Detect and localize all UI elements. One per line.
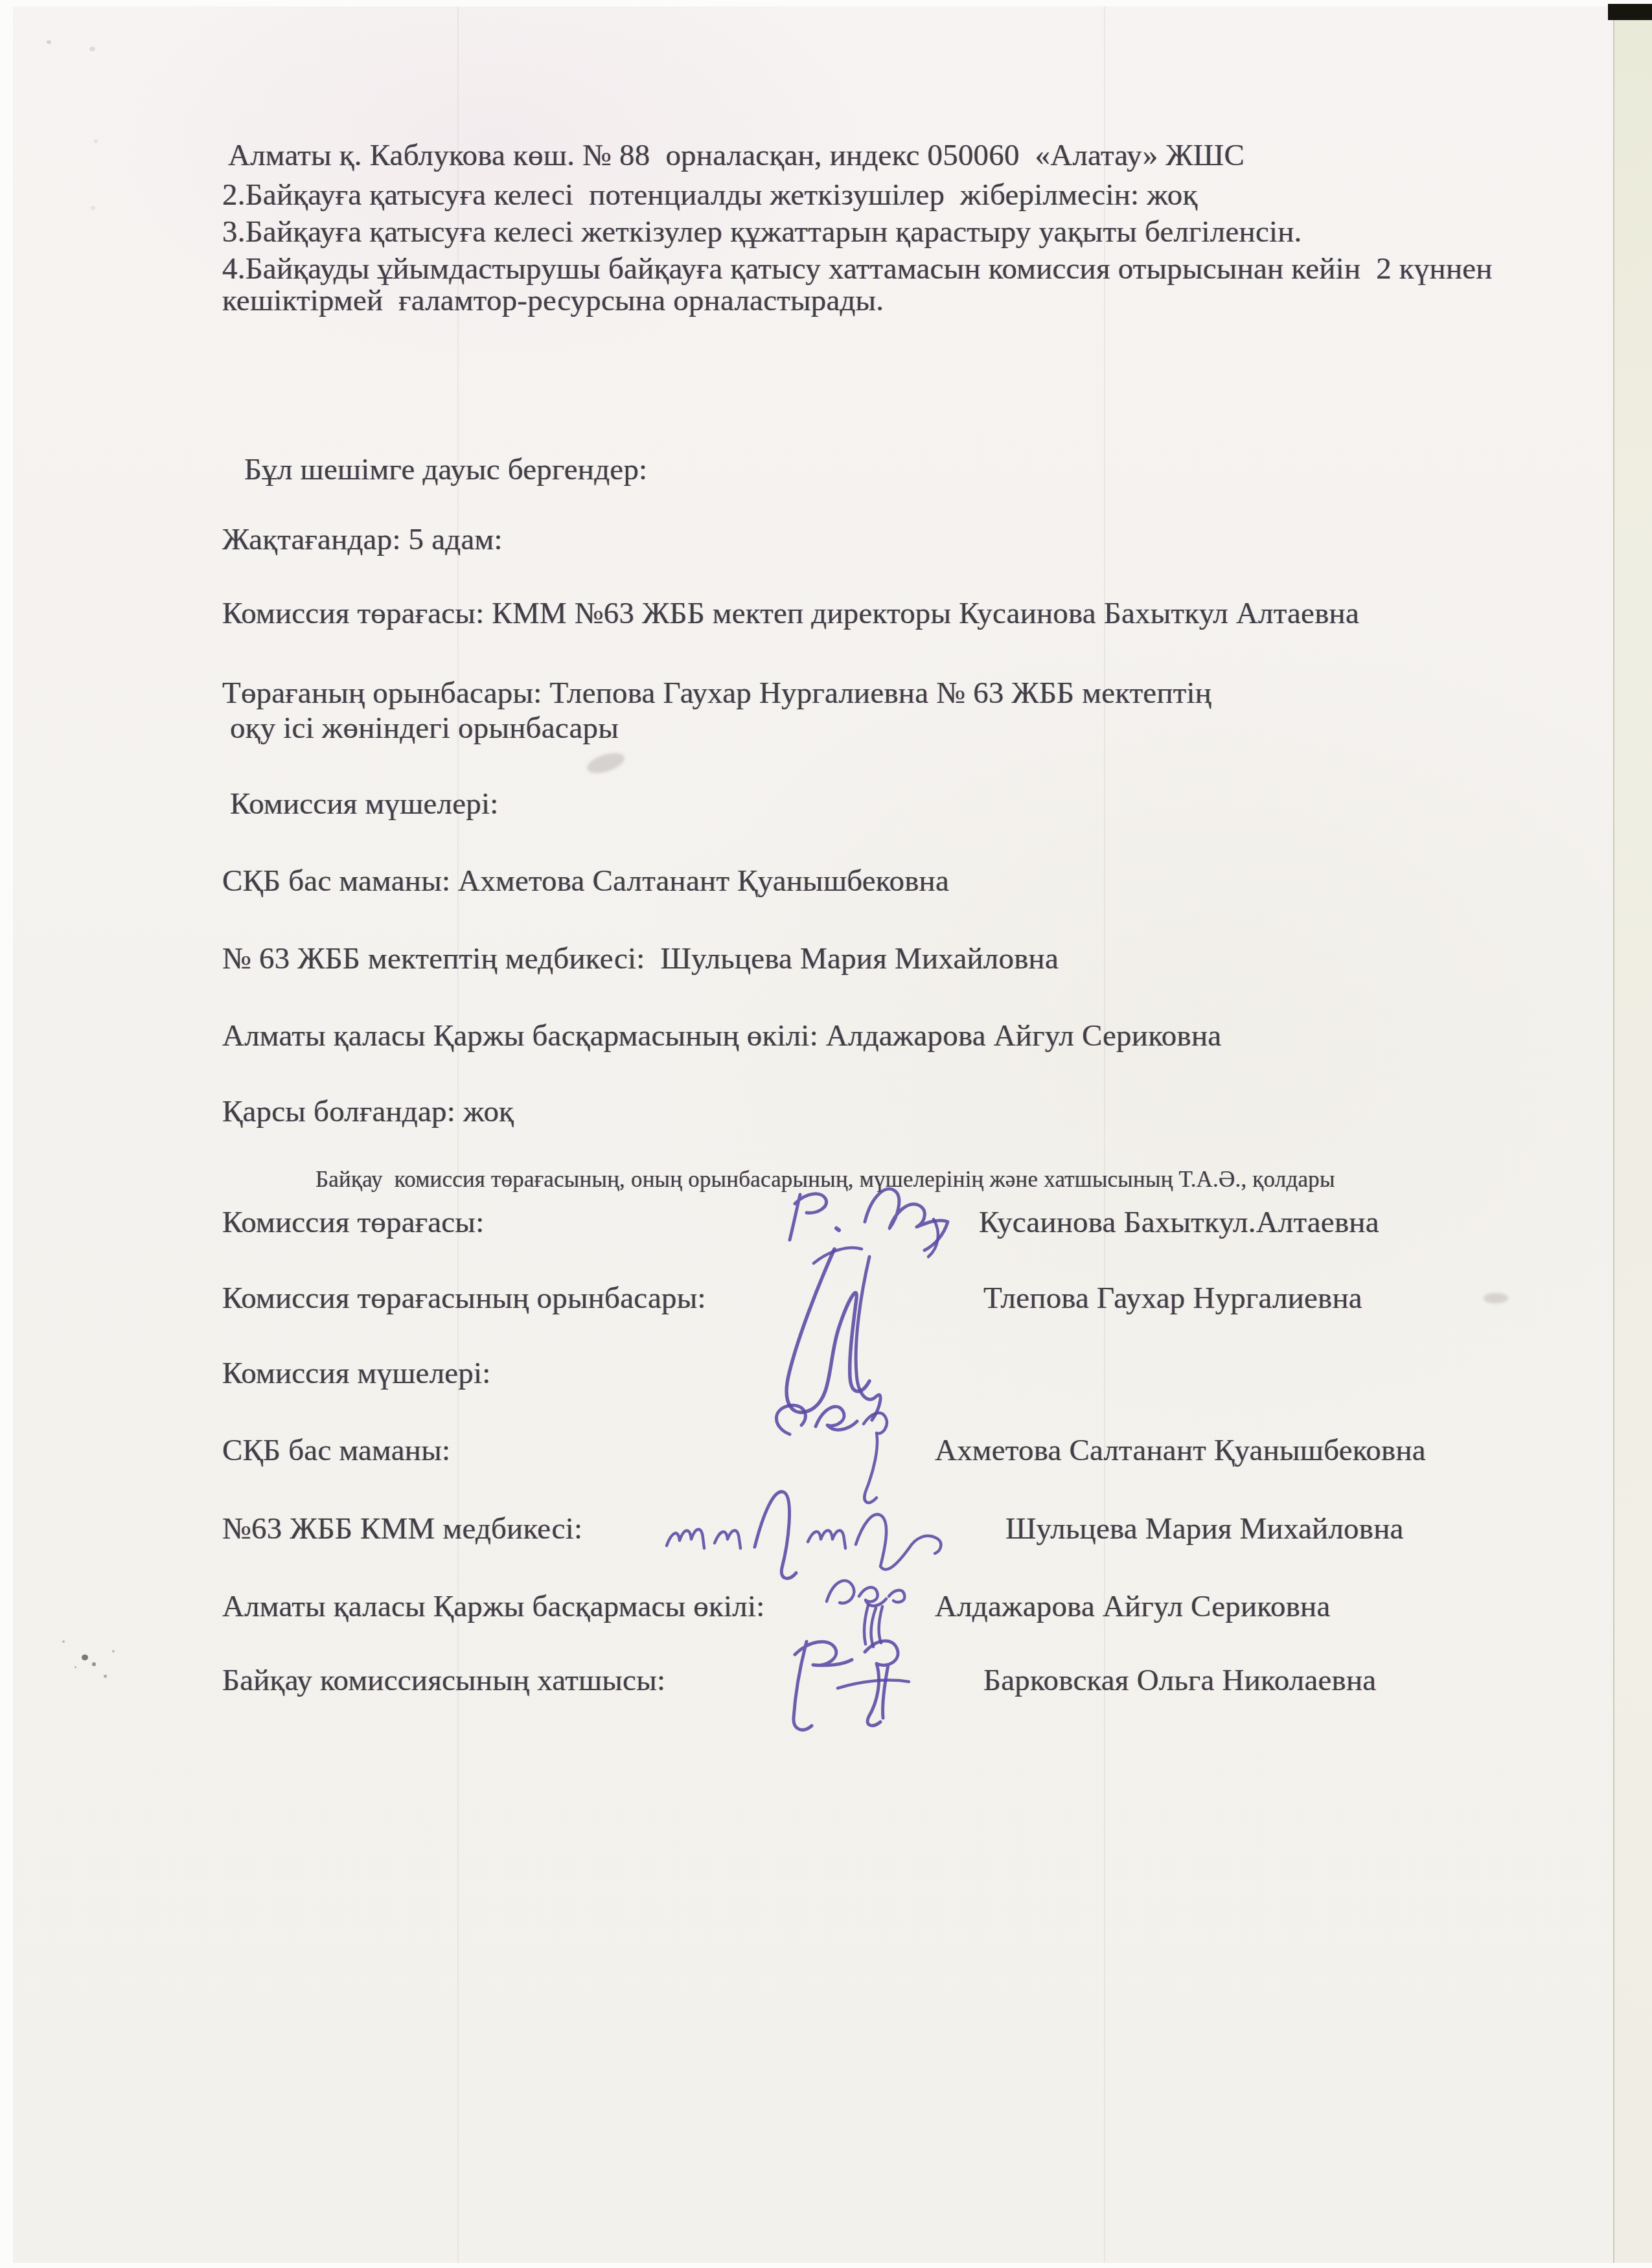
paper-mark [94,139,98,143]
member-line-3: Алматы қаласы Қаржы басқармасының өкілі:… [222,1018,1221,1055]
sig-row-label: СҚБ бас маманы: [222,1432,450,1469]
scanner-top-bar [1608,4,1652,20]
sig-row-name: Кусаинова Бахыткул.Алтаевна [979,1204,1379,1241]
in-favor-line: Жақтағандар: 5 адам: [222,521,503,558]
chairman-line: Комиссия төрағасы: КММ №63 ЖББ мектеп ди… [222,595,1359,632]
ink-speck [75,1666,76,1668]
member-line-1: СҚБ бас маманы: Ахметова Салтанант Қуаны… [222,863,949,900]
sig-row-label: Комиссия төрағасының орынбасары: [222,1280,706,1317]
decision-item-4-line-2: кешіктірмей ғаламтор-ресурсына орналасты… [222,282,884,319]
ink-speck [104,1675,107,1678]
scanned-document-page: Алматы қ. Каблукова көш. № 88 орналасқан… [0,0,1652,2268]
ink-speck [62,1640,65,1643]
sig-row-name: Тлепова Гаухар Нургалиевна [983,1280,1362,1317]
ink-speck [92,1662,96,1666]
against-line: Қарсы болғандар: жоқ [222,1094,514,1130]
sig-row-label: Комиссия мүшелері: [222,1355,491,1392]
members-heading: Комиссия мүшелері: [222,786,499,823]
sig-row-label: №63 ЖББ КММ медбикесі: [222,1511,582,1548]
ink-speck [82,1655,88,1660]
scan-smudge [1484,1293,1508,1303]
sig-row-name: Ахметова Салтанант Қуанышбековна [935,1432,1426,1469]
scanner-background-strip [1613,4,1652,2263]
deputy-line-1: Төрағаның орынбасары: Тлепова Гаухар Нур… [222,675,1211,712]
sig-row-name: Барковская Ольга Николаевна [983,1662,1376,1699]
signature-barkovskaya-ink [761,1626,930,1739]
paper-mark [47,40,51,44]
sig-row-label: Байқау комиссиясының хатшысы: [222,1662,665,1699]
decision-item-3: 3.Байқауға қатысуға келесі жеткізулер құ… [222,214,1302,251]
scan-streak [1104,6,1105,2263]
member-line-2: № 63 ЖББ мектептің медбикесі: Шульцева М… [222,941,1059,978]
paper-mark [91,206,95,210]
paper-mark [89,47,95,51]
deputy-line-2: оқу ісі жөніндегі орынбасары [222,710,619,747]
paper-sheet [13,6,1613,2263]
sig-row-label: Комиссия төрағасы: [222,1204,484,1241]
sig-row-label: Алматы қаласы Қаржы басқармасы өкілі: [222,1588,764,1625]
scan-streak [457,6,459,2263]
sig-row-name: Шульцева Мария Михайловна [1005,1511,1404,1548]
sig-row-name: Алдажарова Айгул Сериковна [935,1588,1331,1625]
voters-heading: Бұл шешімге дауыс бергендер: [244,452,647,488]
ink-speck [112,1650,115,1653]
address-line: Алматы қ. Каблукова көш. № 88 орналасқан… [228,137,1245,174]
decision-item-2: 2.Байқауға қатысуға келесі потенциалды ж… [222,177,1197,214]
